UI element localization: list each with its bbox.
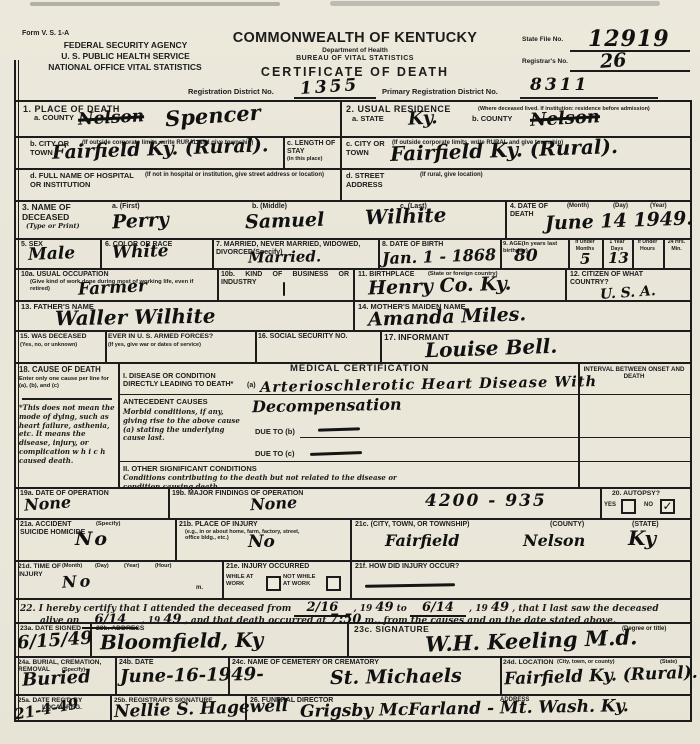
injury-county-label: (COUNTY) <box>550 521 584 529</box>
grid-line <box>14 694 692 696</box>
grid-line <box>14 560 692 562</box>
birthplace-value: Henry Co. Ky. <box>368 273 512 300</box>
date-of-operation-value: None <box>23 492 71 514</box>
grid-line <box>118 362 120 487</box>
date-signed-value: 6/15/49 <box>16 627 93 653</box>
due-to-c-label: DUE TO (c) <box>255 450 294 459</box>
cause-of-death-footnote: *This does not mean the mode of dying, s… <box>19 404 115 465</box>
registration-district-value: 1355 <box>299 75 360 99</box>
hospital-name-note: (If not in hospital or institution, give… <box>145 172 330 179</box>
agency-line: U. S. PUBLIC HEALTH SERVICE <box>18 52 233 62</box>
grid-line <box>14 100 692 102</box>
autopsy-label: 20. AUTOPSY? <box>612 490 660 498</box>
grid-line <box>14 330 692 332</box>
father-name-value: Waller Wilhite <box>55 304 216 331</box>
last-name-value: Wilhite <box>365 203 447 230</box>
document-title: COMMONWEALTH OF KENTUCKY <box>230 30 480 47</box>
grid-line <box>222 560 224 598</box>
medical-certification-title: MEDICAL CERTIFICATION <box>290 364 429 375</box>
injury-hour-label: (Hour) <box>155 563 172 569</box>
city-of-death-value: Fairfield Ky. (Rural). <box>52 134 269 164</box>
grid-line <box>565 268 567 300</box>
blank-line <box>570 70 690 72</box>
registrar-no-label: Registrar's No. <box>522 58 568 65</box>
primary-district-label: Primary Registration District No. <box>382 88 498 97</box>
residence-county-value: Nelson <box>529 106 600 131</box>
hospital-name-label: d. FULL NAME OF HOSPITAL OR INSTITUTION <box>30 172 140 189</box>
antecedent-causes-label: ANTECEDENT CAUSES <box>123 398 208 407</box>
disease-label-line2: DIRECTLY LEADING TO DEATH* <box>123 380 233 388</box>
residence-city-value: Fairfield Ky. (Rural). <box>390 134 619 166</box>
not-while-at-work-checkbox <box>326 576 341 591</box>
age-col-header: Hours <box>633 247 662 253</box>
due-to-b-label: DUE TO (b) <box>255 428 295 437</box>
length-of-stay-note: (in this place) <box>287 156 337 162</box>
cause-of-death-note: Enter only one cause per line for (a), (… <box>19 376 115 389</box>
physician-address-value: Bloomfield, Ky <box>100 628 264 655</box>
residence-city-label: c. CITY OR TOWN <box>346 140 386 157</box>
agency-line: NATIONAL OFFICE VITAL STATISTICS <box>14 63 236 73</box>
accident-value: No <box>75 528 109 550</box>
autopsy-no-label: NO <box>644 502 653 509</box>
funeral-director-value: Grigsby McFarland - Mt. Wash. Ky. <box>300 696 629 722</box>
place-of-injury-value: No <box>248 532 275 552</box>
pen-stroke <box>283 282 285 296</box>
middle-name-value: Samuel <box>245 209 325 234</box>
while-at-work-checkbox <box>266 576 281 591</box>
injury-year-label: (Year) <box>124 563 139 569</box>
county-of-death-crossed-value: Nelson <box>78 106 145 129</box>
length-of-stay-label: c. LENGTH OF STAY <box>287 140 337 156</box>
injury-city-label: 21c. (CITY, TOWN, OR TOWNSHIP) <box>355 521 469 529</box>
grid-line <box>340 100 342 200</box>
cause-a-label: (a) <box>247 382 256 390</box>
informant-value: Louise Bell. <box>425 334 558 363</box>
while-at-work-label: WHILE AT WORK <box>226 574 264 587</box>
residence-state-value: Ky. <box>407 107 438 130</box>
mother-name-value: Amanda Miles. <box>368 303 527 331</box>
armed-forces-label: 15. WAS DECEASED <box>20 333 86 341</box>
cause-a-value: Arterioschlerotic Heart Disease With <box>260 373 597 396</box>
place-of-injury-note: (e.g., in or about home, farm, factory, … <box>185 529 303 542</box>
date-of-death-value: June 14 1949. <box>545 207 694 234</box>
armed-forces-note2: (If yes, give war or dates of service) <box>108 342 253 348</box>
major-findings-value: None <box>250 493 298 514</box>
scan-artifact <box>30 2 280 6</box>
autopsy-yes-checkbox <box>621 499 636 514</box>
bureau-line: BUREAU OF VITAL STATISTICS <box>230 55 480 63</box>
cause-of-death-label: 18. CAUSE OF DEATH <box>19 366 117 375</box>
autopsy-no-checkbox: ✓ <box>660 499 675 514</box>
grid-line <box>118 394 692 395</box>
grid-line <box>175 518 177 560</box>
grid-line <box>300 437 692 438</box>
how-injury-occurred-label: 21f. HOW DID INJURY OCCUR? <box>355 563 459 571</box>
time-of-injury-value: No <box>62 571 94 592</box>
grid-line <box>105 330 107 362</box>
injury-county-value: Nelson <box>523 531 585 550</box>
injury-occurred-label: 21e. INJURY OCCURRED <box>226 563 309 571</box>
grid-line <box>378 238 380 268</box>
injury-city-value: Fairfield <box>385 531 459 550</box>
primary-district-value: 8311 <box>530 75 589 95</box>
residence-state-label: a. STATE <box>352 115 384 124</box>
cause-a-value-line2: Decompensation <box>252 395 402 417</box>
grid-line <box>14 200 692 202</box>
signature-label: 23c. SIGNATURE <box>354 625 429 635</box>
injury-state-value: Ky <box>628 526 656 550</box>
divider <box>22 398 112 400</box>
scan-artifact <box>330 1 660 6</box>
form-number: Form V. S. 1-A <box>22 30 69 38</box>
burial-location-note: (City, town, or county) <box>557 659 615 665</box>
residence-county-label: b. COUNTY <box>472 115 512 124</box>
burial-value: Buried <box>21 666 91 691</box>
death-certificate-scan: Form V. S. 1-A FEDERAL SECURITY AGENCY U… <box>0 0 700 744</box>
ssn-label: 16. SOCIAL SECURITY NO. <box>258 333 376 341</box>
last-alive-year: 49 <box>163 612 181 627</box>
grid-line <box>347 622 349 656</box>
major-findings-code: 4200 - 935 <box>425 491 547 511</box>
grid-line <box>115 656 117 694</box>
age-col-header: Min. <box>663 247 690 253</box>
signature-value: W.H. Keeling M.d. <box>425 624 638 656</box>
autopsy-yes-label: YES <box>604 502 616 509</box>
grid-line <box>600 487 602 518</box>
age-days-value: 13 <box>608 249 629 267</box>
antecedent-causes-note: Morbid conditions, if any, giving rise t… <box>123 408 248 443</box>
sex-value: Male <box>28 243 76 265</box>
burial-date-value: June-16-1949- <box>120 664 264 688</box>
grid-line <box>500 656 502 694</box>
grid-line <box>118 461 692 462</box>
blank-line <box>520 97 658 99</box>
certify-text: , and that death occurred at <box>185 616 327 626</box>
street-address-note: (If rural, give location) <box>420 172 483 179</box>
name-of-deceased-label: 3. NAME OF DECEASED <box>22 203 110 223</box>
time-of-injury-label: 21d. TIME OF INJURY <box>18 563 64 579</box>
armed-forces-note: (Yes, no, or unknown) <box>20 342 77 348</box>
place-of-injury-label: 21b. PLACE OF INJURY <box>179 521 258 529</box>
department-line: Department of Health <box>230 47 480 54</box>
injury-hour-m-label: m. <box>196 585 203 592</box>
date-of-birth-value: Jan. 1 - 1868 <box>382 245 497 268</box>
grid-line <box>14 518 692 520</box>
pen-dash <box>310 451 362 455</box>
injury-month-label: (Month) <box>62 563 82 569</box>
business-industry-label: 10b. KIND OF BUSINESS OR INDUSTRY <box>221 271 349 287</box>
grid-line <box>212 238 214 268</box>
street-address-label: d. STREET ADDRESS <box>346 172 401 189</box>
age-value: 80 <box>514 246 538 266</box>
registrar-no-value: 26 <box>599 49 627 73</box>
age-months-value: 5 <box>580 250 590 268</box>
accident-note: (Specify) <box>96 521 120 528</box>
grid-line <box>500 238 502 268</box>
grid-line <box>110 694 112 720</box>
grid-line <box>380 330 382 362</box>
grid-line <box>217 268 219 300</box>
state-file-label: State File No. <box>522 36 563 43</box>
grid-line <box>350 518 352 560</box>
grid-line <box>14 168 692 170</box>
grid-line <box>353 268 355 330</box>
burial-location-label: 24d. LOCATION <box>503 659 553 667</box>
grid-line <box>505 200 507 238</box>
other-conditions-note: Conditions contributing to the death but… <box>123 474 403 492</box>
pen-dash <box>365 583 455 587</box>
county-of-death-value: Spencer <box>164 100 261 132</box>
grid-line <box>350 560 352 598</box>
grid-line <box>255 330 257 362</box>
cemetery-value: St. Michaels <box>330 665 462 689</box>
state-file-value: 12919 <box>588 26 670 52</box>
county-of-death-label: a. COUNTY <box>34 114 74 123</box>
grid-line <box>690 100 692 722</box>
agency-line: FEDERAL SECURITY AGENCY <box>18 41 233 51</box>
grid-line <box>168 487 170 518</box>
occupation-value: Farmer <box>78 276 148 300</box>
armed-forces-label2: EVER IN U. S. ARMED FORCES? <box>108 333 253 341</box>
grid-line <box>100 238 102 268</box>
injury-day-label: (Day) <box>95 563 109 569</box>
registration-district-label: Registration District No. <box>188 88 274 97</box>
not-while-at-work-label: NOT WHILE AT WORK <box>283 574 323 587</box>
type-or-print-note: (Type or Print) <box>26 222 80 230</box>
marital-status-value: Married. <box>248 247 321 266</box>
color-or-race-value: White <box>112 241 169 263</box>
first-name-value: Perry <box>111 209 169 234</box>
date-of-death-month-label: (Month) <box>567 203 589 210</box>
grid-line <box>283 136 285 168</box>
pen-dash <box>318 427 360 431</box>
